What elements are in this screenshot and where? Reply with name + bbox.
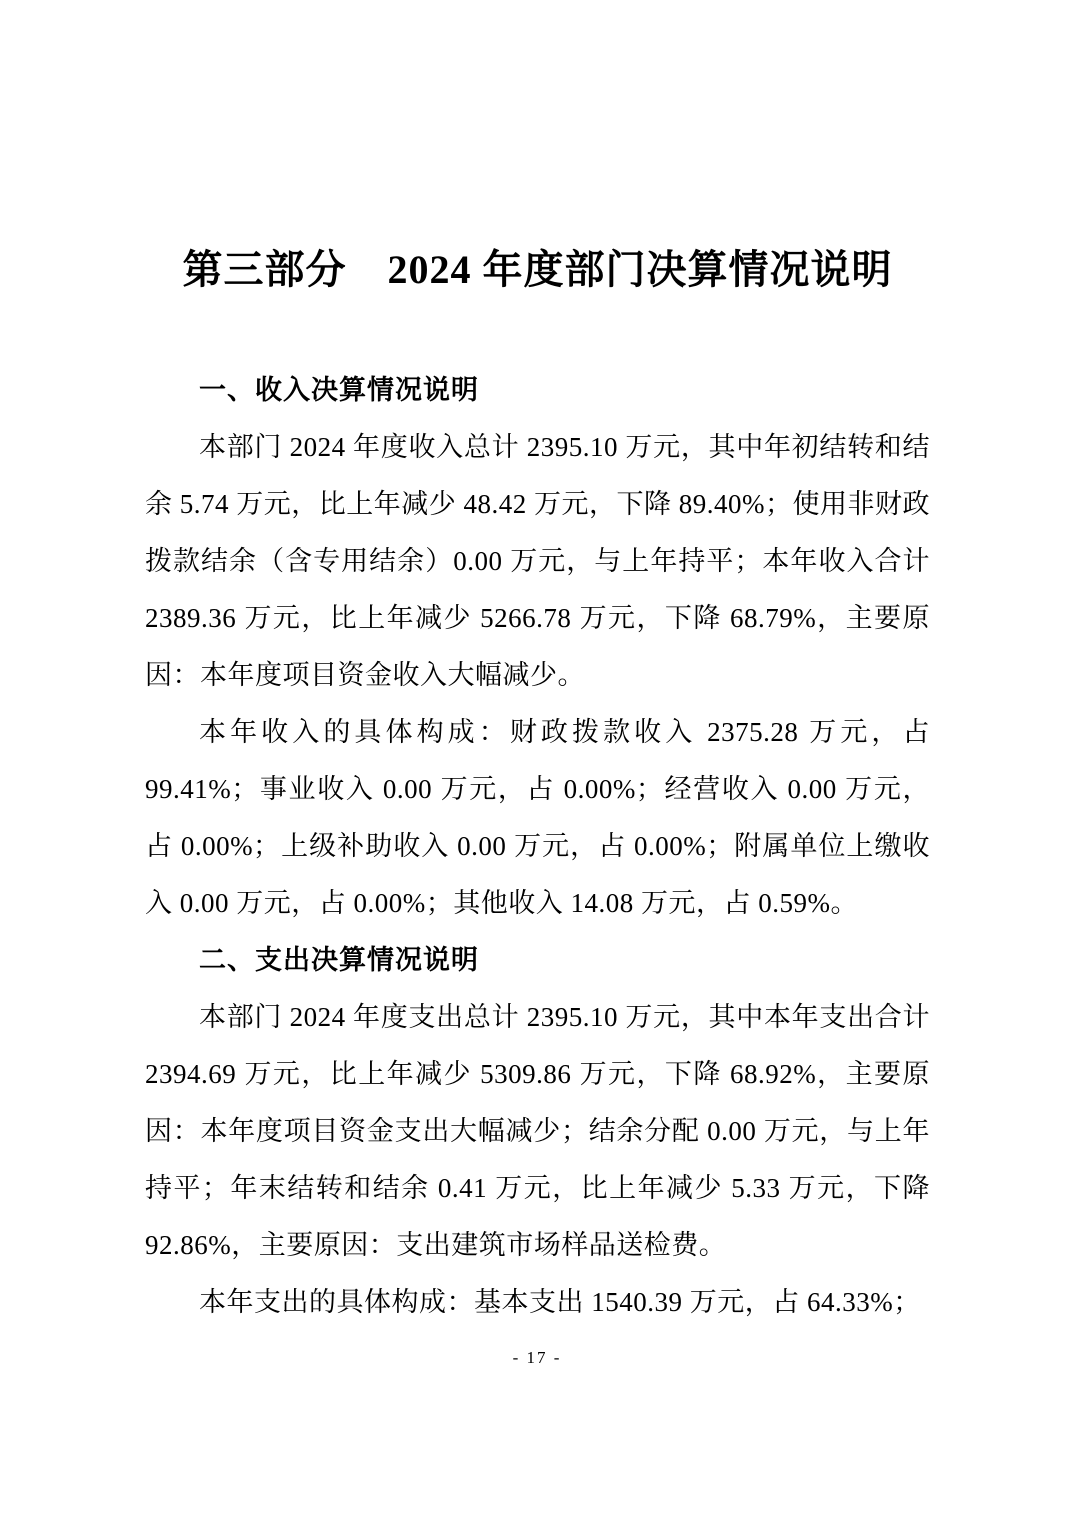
paragraph-expenditure-summary: 本部门 2024 年度支出总计 2395.10 万元，其中本年支出合计 2394… [145, 989, 930, 1274]
paragraph-expenditure-composition: 本年支出的具体构成：基本支出 1540.39 万元，占 64.33%； [145, 1274, 930, 1331]
section-heading-income: 一、收入决算情况说明 [145, 362, 930, 419]
document-content: 第三部分 2024 年度部门决算情况说明 一、收入决算情况说明 本部门 2024… [145, 240, 930, 1331]
page-number: - 17 - [0, 1348, 1074, 1368]
section-heading-expenditure: 二、支出决算情况说明 [145, 932, 930, 989]
document-title: 第三部分 2024 年度部门决算情况说明 [145, 240, 930, 300]
paragraph-income-composition: 本年收入的具体构成：财政拨款收入 2375.28 万元，占 99.41%；事业收… [145, 704, 930, 932]
document-page: 第三部分 2024 年度部门决算情况说明 一、收入决算情况说明 本部门 2024… [0, 0, 1074, 1520]
paragraph-income-summary: 本部门 2024 年度收入总计 2395.10 万元，其中年初结转和结余 5.7… [145, 419, 930, 704]
